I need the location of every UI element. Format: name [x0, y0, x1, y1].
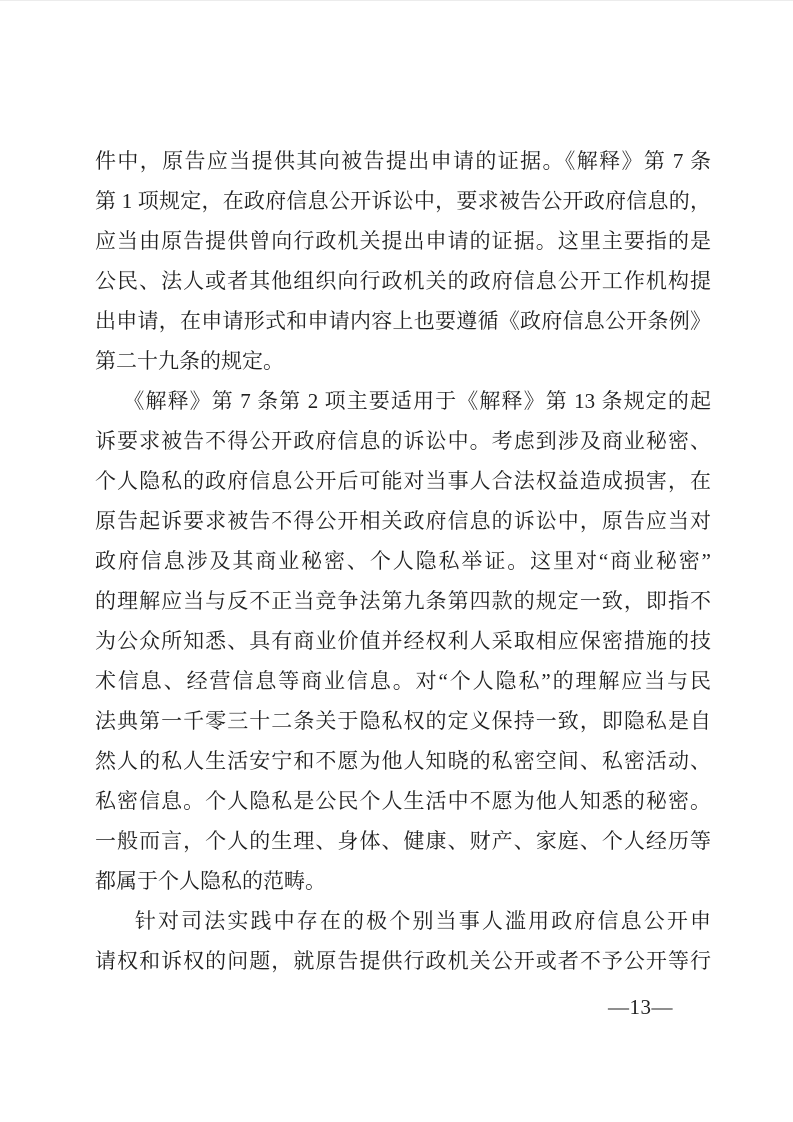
- text-line: 针对司法实践中存在的极个别当事人滥用政府信息公开申: [95, 901, 711, 941]
- text-line: 政府信息涉及其商业秘密、个人隐私举证。这里对“商业秘密”: [95, 541, 711, 581]
- text-line: 件中，原告应当提供其向被告提出申请的证据。《解释》第 7 条: [95, 141, 711, 181]
- text-line: 都属于个人隐私的范畴。: [95, 861, 711, 901]
- text-line: 公民、法人或者其他组织向行政机关的政府信息公开工作机构提: [95, 261, 711, 301]
- text-line: 原告起诉要求被告不得公开相关政府信息的诉讼中，原告应当对: [95, 501, 711, 541]
- text-line: 《解释》第 7 条第 2 项主要适用于《解释》第 13 条规定的起: [95, 381, 711, 421]
- paragraph: 件中，原告应当提供其向被告提出申请的证据。《解释》第 7 条第 1 项规定，在政…: [95, 141, 711, 381]
- text-line: 请权和诉权的问题，就原告提供行政机关公开或者不予公开等行: [95, 941, 711, 981]
- paragraph: 《解释》第 7 条第 2 项主要适用于《解释》第 13 条规定的起诉要求被告不得…: [95, 381, 711, 901]
- text-line: 个人隐私的政府信息公开后可能对当事人合法权益造成损害，在: [95, 461, 711, 501]
- text-line: 一般而言，个人的生理、身体、健康、财产、家庭、个人经历等: [95, 821, 711, 861]
- page-number: —13—: [608, 995, 673, 1019]
- text-line: 出申请，在申请形式和申请内容上也要遵循《政府信息公开条例》: [95, 301, 711, 341]
- text-line: 法典第一千零三十二条关于隐私权的定义保持一致，即隐私是自: [95, 701, 711, 741]
- text-line: 第二十九条的规定。: [95, 341, 711, 381]
- text-line: 为公众所知悉、具有商业价值并经权利人采取相应保密措施的技: [95, 621, 711, 661]
- text-line: 私密信息。个人隐私是公民个人生活中不愿为他人知悉的秘密。: [95, 781, 711, 821]
- paragraph: 针对司法实践中存在的极个别当事人滥用政府信息公开申请权和诉权的问题，就原告提供行…: [95, 901, 711, 981]
- text-line: 术信息、经营信息等商业信息。对“个人隐私”的理解应当与民: [95, 661, 711, 701]
- text-block: 件中，原告应当提供其向被告提出申请的证据。《解释》第 7 条第 1 项规定，在政…: [95, 141, 711, 981]
- text-line: 第 1 项规定，在政府信息公开诉讼中，要求被告公开政府信息的，: [95, 181, 711, 221]
- text-line: 应当由原告提供曾向行政机关提出申请的证据。这里主要指的是: [95, 221, 711, 261]
- document-page: 件中，原告应当提供其向被告提出申请的证据。《解释》第 7 条第 1 项规定，在政…: [0, 0, 793, 1122]
- text-line: 的理解应当与反不正当竞争法第九条第四款的规定一致，即指不: [95, 581, 711, 621]
- text-line: 然人的私人生活安宁和不愿为他人知晓的私密空间、私密活动、: [95, 741, 711, 781]
- text-line: 诉要求被告不得公开政府信息的诉讼中。考虑到涉及商业秘密、: [95, 421, 711, 461]
